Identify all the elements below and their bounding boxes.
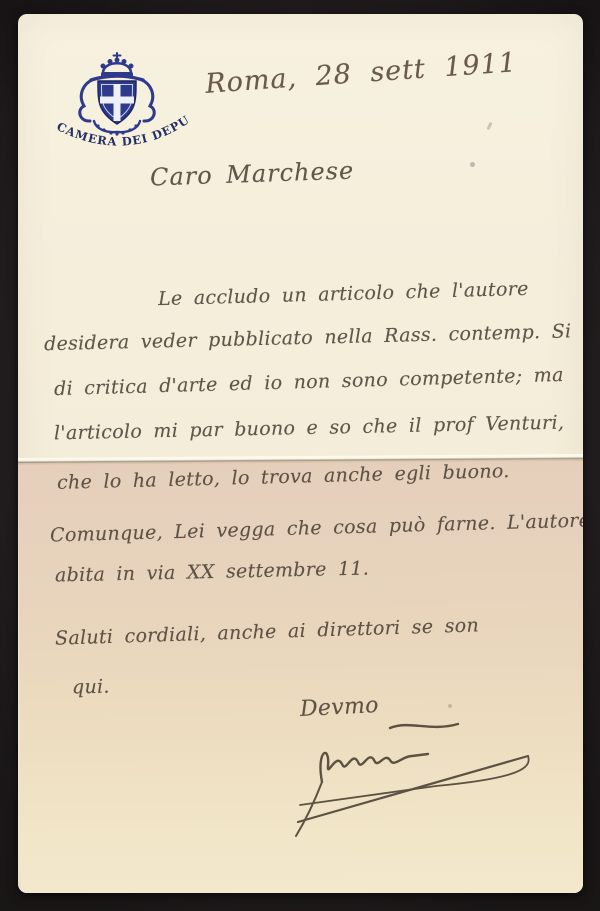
handwritten-line: l'articolo mi par buono e so che il prof…: [54, 412, 565, 445]
handwritten-line: qui.: [72, 676, 110, 699]
handwritten-line: di critica d'arte ed io non sono compete…: [54, 364, 564, 400]
letter-photograph: CAMERA DEI DEPUTATI Roma, 28 sett 1911 C…: [0, 0, 600, 911]
salutation: Caro Marchese: [150, 156, 355, 191]
handwritten-line: desidera veder pubblicato nella Rass. co…: [44, 319, 583, 356]
handwritten-line: Le accludo un articolo che l'autore: [158, 278, 529, 310]
signature-flourish: [140, 704, 580, 854]
paper-speck: [486, 122, 492, 131]
camera-dei-deputati-crest-icon: CAMERA DEI DEPUTATI: [42, 50, 202, 172]
paper-speck: [448, 704, 452, 708]
paper-speck: [470, 162, 475, 167]
date-line: Roma, 28 sett 1911: [204, 47, 518, 100]
letter-sheet: CAMERA DEI DEPUTATI Roma, 28 sett 1911 C…: [18, 14, 583, 893]
